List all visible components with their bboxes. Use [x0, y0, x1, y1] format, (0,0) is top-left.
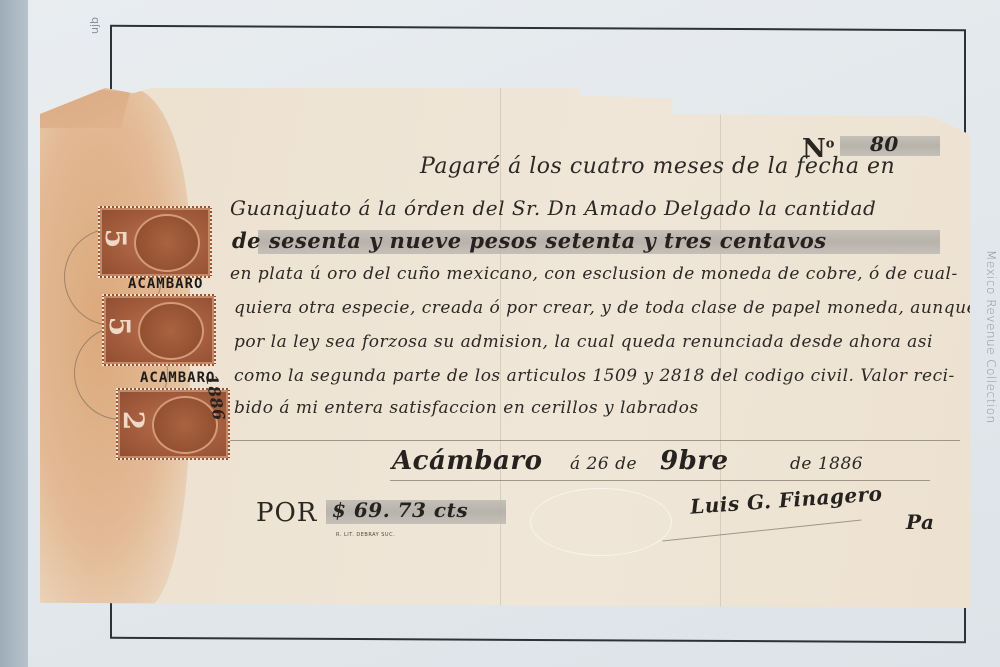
document-title: Pagaré á los cuatro meses de la fecha en — [420, 154, 895, 179]
date-year: de 1886 — [790, 454, 863, 474]
amount-in-words: de sesenta y nueve pesos setenta y tres … — [232, 228, 827, 253]
date-month: 9bre — [660, 446, 729, 476]
promissory-note-document: No 80 Pagaré á los cuatro meses de la fe… — [40, 88, 970, 608]
printer-credit: R. LIT. DEBRAY SUC. — [336, 532, 395, 538]
collection-label: Mexico Revenue Collection — [978, 250, 998, 424]
text-line-7: bido á mi entera satisfaccion en cerillo… — [234, 398, 699, 418]
date-day: á 26 de — [570, 454, 637, 474]
text-line-4: quiera otra especie, creada ó por crear,… — [234, 298, 970, 318]
embossed-seal — [530, 488, 672, 556]
text-line-1: Guanajuato á la órden del Sr. Dn Amado D… — [230, 196, 876, 220]
pencil-note: ujb — [88, 17, 101, 34]
margin-note: Pa — [906, 510, 934, 534]
text-line-3: en plata ú oro del cuño mexicano, con es… — [230, 264, 958, 284]
background-surface — [0, 0, 28, 667]
place-name: Acámbaro — [392, 446, 542, 476]
signature: Luis G. Finagero — [689, 481, 883, 518]
text-line-6: como la segunda parte de los articulos 1… — [234, 366, 955, 386]
divider-flourish — [220, 440, 960, 441]
revenue-stamp-1: 5 — [98, 206, 212, 278]
text-line-5: por la ley sea forzosa su admision, la c… — [234, 332, 933, 352]
handstamp-cancel: ACAMBARO — [128, 276, 203, 292]
revenue-stamp-2: 5 — [102, 294, 216, 366]
portrait-oval — [138, 302, 204, 360]
amount-label: POR — [256, 498, 317, 528]
date-underline — [390, 480, 930, 481]
number-value: 80 — [870, 132, 899, 156]
amount-value: $ 69. 73 cts — [332, 498, 468, 522]
portrait-oval — [134, 214, 200, 272]
signature-flourish — [662, 520, 861, 542]
